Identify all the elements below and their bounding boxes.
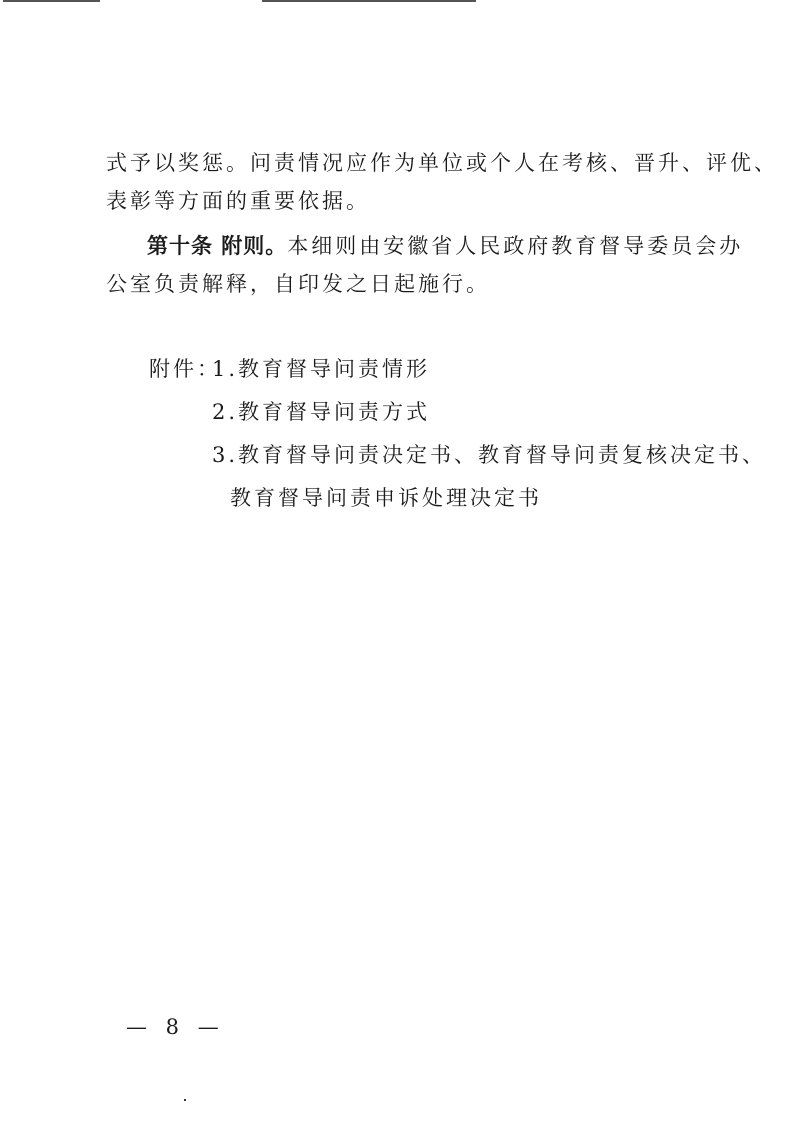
attachment-item: 2.教育督导问责方式: [212, 398, 430, 426]
attachment-label: 附件：: [149, 355, 221, 383]
attachment-item: 教育督导问责申诉处理决定书: [230, 484, 542, 512]
body-text-line: 公室负责解释，自印发之日起施行。: [106, 270, 490, 298]
body-text-line: 表彰等方面的重要依据。: [106, 187, 370, 215]
page-number: — 8 —: [126, 1015, 225, 1039]
attachment-item: 1.教育督导问责情形: [212, 355, 430, 383]
article-heading: 第十条 附则。: [147, 234, 287, 258]
top-border-line: [262, 0, 476, 2]
article-paragraph: 第十条 附则。本细则由安徽省人民政府教育督导委员会办: [147, 232, 743, 260]
body-text-line: 式予以奖惩。问责情况应作为单位或个人在考核、晋升、评优、: [106, 149, 778, 177]
attachment-item: 3.教育督导问责决定书、教育督导问责复核决定书、: [212, 441, 766, 469]
top-border-line: [3, 0, 100, 2]
scan-speck: [184, 1099, 186, 1101]
body-text-line: 本细则由安徽省人民政府教育督导委员会办: [287, 234, 743, 258]
